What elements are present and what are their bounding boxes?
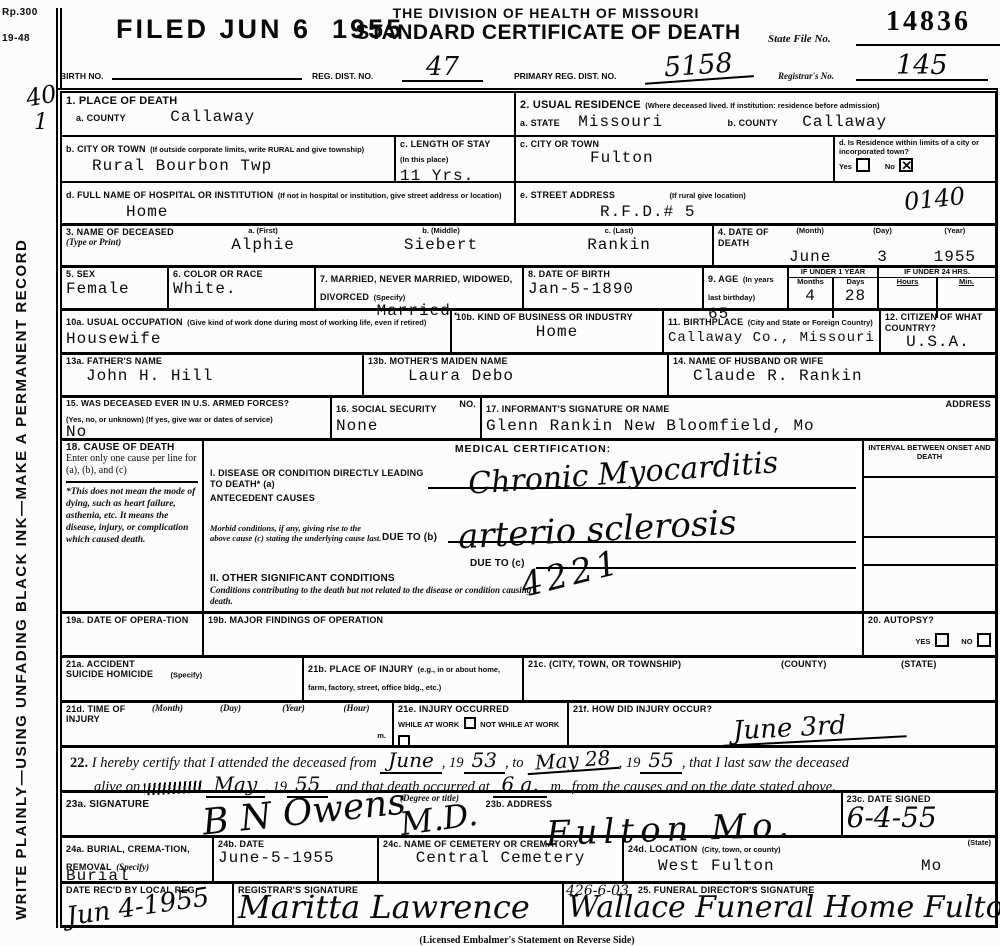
armed-forces-note: (Yes, no, or unknown) (If yes, give war … [66,415,273,424]
cert-from-year: 53 [464,748,505,774]
occupation-note: (Give kind of work done during most of w… [187,318,426,327]
field-residence-city: c. CITY OR TOWN Fulton [516,137,835,181]
interval-line-b [864,478,995,538]
funeral-director-code-handwriting: 426-6-03 [566,884,629,898]
street-handwritten-code: 0140 [903,184,966,214]
band-cause-of-death: 18. CAUSE OF DEATH Enter only one cause … [62,441,995,614]
band-occupation-birthplace: 10a. USUAL OCCUPATION (Give kind of work… [62,311,995,355]
interval-column: INTERVAL BETWEEN ONSET AND DEATH [864,441,995,611]
field-age-under24: IF UNDER 24 HRS. Hours Min. [879,268,995,308]
cemetery-label: 24c. NAME OF CEMETERY OR CREMATORY [383,839,618,849]
band-sex-race-age: 5. SEX Female 6. COLOR OR RACE White. 7.… [62,268,995,311]
cemetery-value: Central Cemetery [383,849,618,867]
armed-forces-label: 15. WAS DECEASED EVER IN U.S. ARMED FORC… [66,399,326,409]
days-label: Days [834,278,877,287]
cause-note-2: *This does not mean the mode of dying, s… [66,487,198,546]
usual-residence-title: 2. USUAL RESIDENCE [520,99,641,111]
disease-condition-label: I. DISEASE OR CONDITION DIRECTLY LEADING… [210,468,428,489]
field-operation-findings: 19b. MAJOR FINDINGS OF OPERATION [204,614,864,655]
father-label: 13a. FATHER'S NAME [66,356,358,366]
marital-label: 7. MARRIED, NEVER MARRIED, WIDOWED, DIVO… [320,274,513,302]
birth-no-blank [112,62,302,80]
dod-year-label: (Year) [919,227,991,248]
limits-yes-label: Yes [839,162,852,171]
cause-b-blank: arterio sclerosis [448,503,856,543]
field-sex: 5. SEX Female [62,268,169,308]
state-value: Missouri [578,113,663,131]
cert-number: 22. [70,755,88,771]
autopsy-label: 20. AUTOPSY? [868,615,991,625]
field-burial-date: 24b. DATE June-5-1955 [214,838,379,881]
birth-no-label: BIRTH NO. [60,72,103,81]
last-name-label: c. (Last) [530,227,708,236]
name-middle-block: b. (Middle) Siebert [352,227,530,264]
injury-place-label: 21b. PLACE OF INJURY [308,664,413,674]
spouse-value: Claude R. Rankin [693,367,991,385]
while-at-work-label: WHILE AT WORK [398,720,459,729]
name-last-block: c. (Last) Rankin [530,227,708,264]
band-signature: 23a. SIGNATURE B N Owens (Degree or titl… [62,793,995,838]
band-burial: 24a. BURIAL, CREMA-TION, REMOVAL (Specif… [62,838,995,884]
section-date-of-death: 4. DATE OF DEATH (Month) (Day) (Year) Ju… [714,226,995,265]
min-label: Min. [938,278,995,287]
cert-to-year: 55 [640,748,681,774]
mother-value: Laura Debo [408,367,663,385]
field-marital-status: 7. MARRIED, NEVER MARRIED, WIDOWED, DIVO… [316,268,524,308]
autopsy-no-label: NO [961,637,972,646]
footer: (Licensed Embalmer's Statement on Revers… [56,930,998,946]
while-at-work-checkbox [464,717,476,729]
registrar-no-label: Registrar's No. [778,72,834,82]
place-of-death-title: 1. PLACE OF DEATH [66,95,510,108]
state-file-underline [856,44,1000,46]
field-burial-type: 24a. BURIAL, CREMA-TION, REMOVAL (Specif… [62,838,214,881]
burial-location-value: West Fulton [658,857,921,875]
father-value: John H. Hill [86,367,358,385]
field-city-limits: d. Is Residence within limits of a city … [835,137,995,181]
certificate-title: STANDARD CERTIFICATE OF DEATH [318,22,778,43]
operation-date-label: 19a. DATE OF OPERA-TION [66,615,198,625]
field-place-of-injury: 21b. PLACE OF INJURY (e.g., in or about … [304,658,524,699]
sex-label: 5. SEX [66,269,163,279]
accident-note: (Specify) [170,670,202,679]
county-value: Callaway [170,108,255,126]
injury-state-label: (STATE) [901,659,991,698]
band-forces-ssn-informant: 15. WAS DECEASED EVER IN U.S. ARMED FORC… [62,398,995,441]
residence-county-label: b. COUNTY [728,118,778,128]
section-name-of-deceased: 3. NAME OF DECEASED (Type or Print) a. (… [62,226,714,265]
field-date-of-birth: 8. DATE OF BIRTH Jan-5-1890 [524,268,704,308]
registrar-signature-handwriting: Maritta Lawrence [238,891,558,923]
street-label: e. STREET ADDRESS [520,190,615,200]
field-street-address: e. STREET ADDRESS (If rural give locatio… [516,183,995,223]
field-occupation: 10a. USUAL OCCUPATION (Give kind of work… [62,311,452,352]
field-autopsy: 20. AUTOPSY? YES NO [864,614,995,655]
field-injury-location: 21c. (CITY, TOWN, OR TOWNSHIP) (COUNTY) … [524,658,995,699]
field-accident-suicide: 21a. ACCIDENT SUICIDE HOMICIDE (Specify) [62,658,304,699]
field-cemetery: 24c. NAME OF CEMETERY OR CREMATORY Centr… [379,838,624,881]
primary-reg-number: 5158 [643,48,753,85]
section-place-of-death: 1. PLACE OF DEATH a. COUNTY Callaway b. … [62,93,516,223]
x-mark-icon: ✕ [901,160,911,171]
name-first-block: a. (First) Alphie [174,227,352,264]
margin-handwritten-number-2: 1 [34,112,48,134]
color-race-value: White. [173,280,310,298]
interval-line-c [864,538,995,566]
field-physician-address: 23b. ADDRESS Fulton Mo. [482,793,843,835]
hospital-note: (If not in hospital or institution, give… [278,191,502,200]
due-to-b-label: DUE TO (b) [382,532,448,544]
months-label: Months [789,278,832,287]
ssn-label: 16. SOCIAL SECURITY [336,404,437,414]
physician-certification: 22. I hereby certify that I attended the… [62,748,995,790]
field-color-race: 6. COLOR OR RACE White. [169,268,316,308]
autopsy-no-checkbox [977,633,991,647]
field-industry: 10b. KIND OF BUSINESS OR INDUSTRY Home [452,311,664,352]
autopsy-yes-checkbox [935,633,949,647]
citizen-label: 12. CITIZEN OF WHAT COUNTRY? [885,312,991,333]
primary-reg-label: PRIMARY REG. DIST. NO. [514,72,617,81]
section-usual-residence: 2. USUAL RESIDENCE (Where deceased lived… [516,93,995,223]
name-title-note: (Type or Print) [66,238,174,248]
field-registrar-signature: REGISTRAR'S SIGNATURE Maritta Lawrence [234,884,564,925]
stay-label: c. LENGTH OF STAY [400,139,510,149]
signature-label: 23a. SIGNATURE [66,799,149,810]
band-parents-spouse: 13a. FATHER'S NAME John H. Hill 13b. MOT… [62,355,995,397]
ssn-label-2: NO. [459,399,476,409]
margin-handwritten-number: 40 [24,82,58,111]
accident-label: 21a. ACCIDENT SUICIDE HOMICIDE [66,659,166,680]
first-name-value: Alphie [174,236,352,254]
field-time-of-injury: 21d. TIME OF INJURY (Month) (Day) (Year)… [62,703,394,745]
city-note: (If outside corporate limits, write RURA… [150,145,364,154]
injury-m-label: m. [377,732,386,741]
limits-yes-checkbox [856,158,870,172]
occupation-label: 10a. USUAL OCCUPATION [66,317,183,327]
armed-forces-value: No [66,423,326,441]
field-spouse-name: 14. NAME OF HUSBAND OR WIFE Claude R. Ra… [669,355,995,394]
burial-location-note: (City, town, or county) [702,845,781,854]
citizen-value: U.S.A. [885,333,991,351]
industry-value: Home [456,323,658,341]
band-operation-autopsy: 19a. DATE OF OPERA-TION 19b. MAJOR FINDI… [62,614,995,658]
marital-note: (Specify) [374,293,406,302]
band-name-dod: 3. NAME OF DECEASED (Type or Print) a. (… [62,226,995,268]
funeral-director-handwriting: Wallace Funeral Home Fulton, Mo [568,893,1000,923]
stay-note: (In this place) [400,155,448,164]
injury-county-label: (COUNTY) [781,659,901,698]
informant-value: Glenn Rankin New Bloomfield, Mo [486,417,991,435]
city-value: Rural Bourbon Twp [92,157,390,175]
field-city-of-death: b. CITY OR TOWN (If outside corporate li… [62,137,396,181]
birthplace-value: Callaway Co., Missouri [668,330,875,346]
band-place-residence: 1. PLACE OF DEATH a. COUNTY Callaway b. … [62,93,995,226]
field-hospital: d. FULL NAME OF HOSPITAL OR INSTITUTION … [62,183,514,223]
field-physician-signature: 23a. SIGNATURE B N Owens [62,793,396,835]
cause-note-1: Enter only one cause per line for (a), (… [66,453,198,483]
band-certification: 22. I hereby certify that I attended the… [62,748,995,793]
dod-month-label: (Month) [774,227,846,248]
injury-time-label: 21d. TIME OF INJURY [66,704,136,725]
first-name-label: a. (First) [174,227,352,236]
dod-title: 4. DATE OF DEATH [718,227,774,248]
operation-findings-label: 19b. MAJOR FINDINGS OF OPERATION [208,615,858,625]
row-city-stay: b. CITY OR TOWN (If outside corporate li… [62,137,514,183]
division-name: THE DIVISION OF HEALTH OF MISSOURI [336,6,756,20]
physician-signature-handwriting: B N Owens [201,784,408,841]
limits-no-label: No [885,162,895,171]
birthplace-label: 11. BIRTHPLACE [668,317,743,327]
injury-month-label: (Month) [136,704,199,725]
injury-city-label: 21c. (CITY, TOWN, OR TOWNSHIP) [528,659,781,698]
dob-label: 8. DATE OF BIRTH [528,269,698,279]
registrar-number: 145 [856,52,988,81]
certificate-header: FILED JUN 6 1955 THE DIVISION OF HEALTH … [56,0,1000,88]
cert-to-handwriting: May 28 [527,746,620,774]
interval-label: INTERVAL BETWEEN ONSET AND DEATH [864,441,995,464]
informant-address-label: ADDRESS [946,399,991,409]
physician-address-label: 23b. ADDRESS [486,799,553,809]
burial-location-label: 24d. LOCATION [628,844,697,854]
field-degree: (Degree or title) M.D. [396,793,482,835]
autopsy-yes-label: YES [915,637,930,646]
field-ssn: 16. SOCIAL SECURITY NO. None [332,398,482,438]
field-date-received: DATE REC'D BY LOCAL REG. Jun 4-1955 [62,884,234,925]
industry-label: 10b. KIND OF BUSINESS OR INDUSTRY [456,312,658,322]
months-value: 4 [789,287,832,305]
cause-line-b: Morbid conditions, if any, giving rise t… [210,503,856,543]
injury-hour-label: (Hour) [325,704,388,725]
ssn-value: None [336,417,476,435]
band-injury-1: 21a. ACCIDENT SUICIDE HOMICIDE (Specify)… [62,658,995,702]
hours-label: Hours [879,278,936,287]
usual-residence-note: (Where deceased lived. If institution: r… [645,101,879,110]
not-while-at-work-checkbox [398,735,410,747]
field-how-injury-occurred: 21f. HOW DID INJURY OCCUR? June 3rd [569,703,995,745]
cause-a-blank: Chronic Myocarditis [428,455,856,489]
how-injury-handwriting: June 3rd [722,709,906,747]
residence-city-value: Fulton [590,149,829,167]
embalmer-note: (Licensed Embalmer's Statement on Revers… [419,935,634,946]
field-citizen: 12. CITIZEN OF WHAT COUNTRY? U.S.A. [881,311,995,352]
row-state-county: 2. USUAL RESIDENCE (Where deceased lived… [516,93,995,137]
reg-dist-label: REG. DIST. NO. [312,72,373,81]
field-date-of-operation: 19a. DATE OF OPERA-TION [62,614,204,655]
injury-day-label: (Day) [199,704,262,725]
other-conditions-block: II. OTHER SIGNIFICANT CONDITIONS Conditi… [210,573,856,606]
field-length-of-stay: c. LENGTH OF STAY (In this place) 11 Yrs… [396,137,514,181]
dod-day-value: 3 [846,248,918,266]
last-name-value: Rankin [530,236,708,254]
burial-date-value: June-5-1955 [218,849,373,867]
degree-handwriting: M.D. [398,798,479,840]
medical-certification-column: MEDICAL CERTIFICATION: I. DISEASE OR CON… [204,441,864,611]
dob-value: Jan-5-1890 [528,280,698,298]
middle-name-value: Siebert [352,236,530,254]
reg-dist-number: 47 [402,54,483,82]
mother-label: 13b. MOTHER'S MAIDEN NAME [368,356,663,366]
field-birthplace: 11. BIRTHPLACE (City and State or Foreig… [664,311,881,352]
date-signed-handwriting: 6-4-55 [847,804,991,832]
burial-state-label: (State) [968,839,991,848]
street-note: (If rural give location) [670,191,746,200]
death-certificate-scan: Rp.300 19-48 40 1 WRITE PLAINLY—USING UN… [0,0,1000,946]
form-code-1: Rp.300 [2,8,38,18]
dod-month-value: June [774,248,846,266]
county-label: a. COUNTY [76,113,126,123]
state-label: a. STATE [520,118,560,128]
cert-text-1: I hereby certify that I attended the dec… [92,755,377,771]
field-funeral-director: 426-6-03 25. FUNERAL DIRECTOR'S SIGNATUR… [564,884,1000,925]
age-label: 9. AGE [708,274,738,284]
spouse-label: 14. NAME OF HUSBAND OR WIFE [673,356,991,366]
cert-from-handwriting: June [380,748,442,774]
cert-text-4: , 19 [619,755,641,771]
burial-date-label: 24b. DATE [218,839,373,849]
dod-day-label: (Day) [846,227,918,248]
limits-label: d. Is Residence within limits of a city … [839,139,991,156]
cert-text-2: , 19 [442,755,464,771]
hospital-label: d. FULL NAME OF HOSPITAL OR INSTITUTION [66,190,273,200]
band-injury-2: 21d. TIME OF INJURY (Month) (Day) (Year)… [62,703,995,748]
field-age-under1: IF UNDER 1 YEAR Months 4 Days 28 [789,268,879,308]
injury-occurred-label: 21e. INJURY OCCURRED [398,704,563,714]
cause-line-a: I. DISEASE OR CONDITION DIRECTLY LEADING… [210,455,856,489]
informant-label: 17. INFORMANT'S SIGNATURE OR NAME [486,404,670,414]
field-informant: 17. INFORMANT'S SIGNATURE OR NAME ADDRES… [482,398,995,438]
field-date-signed: 23c. DATE SIGNED 6-4-55 [843,793,995,835]
limits-no-checkbox: ✕ [899,158,913,172]
field-armed-forces: 15. WAS DECEASED EVER IN U.S. ARMED FORC… [62,398,332,438]
name-title-block: 3. NAME OF DECEASED (Type or Print) [66,227,174,264]
birthplace-note: (City and State or Foreign Country) [748,318,873,327]
registration-row: BIRTH NO. REG. DIST. NO. 47 PRIMARY REG.… [56,60,1000,88]
days-value: 28 [834,287,877,305]
field-age-years: 9. AGE (In years last birthday) 65 [704,268,789,308]
dod-year-value: 1955 [919,248,991,266]
other-conditions-note: Conditions contributing to the death but… [210,585,540,607]
field-burial-location: 24d. LOCATION (City, town, or county) (S… [624,838,995,881]
interval-line-a [864,464,995,478]
residence-county-value: Callaway [802,113,887,131]
middle-name-label: b. (Middle) [352,227,530,236]
form-code-2: 19-48 [2,34,30,44]
residence-city-label: c. CITY OR TOWN [520,139,829,149]
antecedent-note: Morbid conditions, if any, giving rise t… [210,523,382,543]
left-margin-rail: Rp.300 19-48 40 1 WRITE PLAINLY—USING UN… [0,0,56,946]
not-while-at-work-label: NOT WHILE AT WORK [480,720,559,729]
cert-text-3: , to [505,755,524,771]
field-mother-name: 13b. MOTHER'S MAIDEN NAME Laura Debo [364,355,669,394]
certificate-form: 1. PLACE OF DEATH a. COUNTY Callaway b. … [56,88,998,928]
row-city-limits: c. CITY OR TOWN Fulton d. Is Residence w… [516,137,995,183]
field-injury-occurred: 21e. INJURY OCCURRED WHILE AT WORK NOT W… [394,703,569,745]
cert-text-5: , that I last saw the deceased [682,755,849,771]
hospital-value: Home [126,203,510,221]
field-county-of-death: 1. PLACE OF DEATH a. COUNTY Callaway [62,93,514,137]
band-registrar: DATE REC'D BY LOCAL REG. Jun 4-1955 REGI… [62,884,995,928]
cause-title: 18. CAUSE OF DEATH [66,442,198,454]
color-race-label: 6. COLOR OR RACE [173,269,310,279]
margin-instruction-text: WRITE PLAINLY—USING UNFADING BLACK INK—M… [14,120,29,920]
field-father-name: 13a. FATHER'S NAME John H. Hill [62,355,364,394]
how-injury-label: 21f. HOW DID INJURY OCCUR? [573,704,991,714]
injury-year-label: (Year) [262,704,325,725]
sex-value: Female [66,280,163,298]
burial-state-value: Mo [921,857,991,875]
state-file-number: 14836 [886,8,971,36]
cause-notes-column: 18. CAUSE OF DEATH Enter only one cause … [62,441,204,611]
city-label: b. CITY OR TOWN [66,144,146,154]
occupation-value: Housewife [66,330,446,348]
state-file-label: State File No. [768,34,831,45]
